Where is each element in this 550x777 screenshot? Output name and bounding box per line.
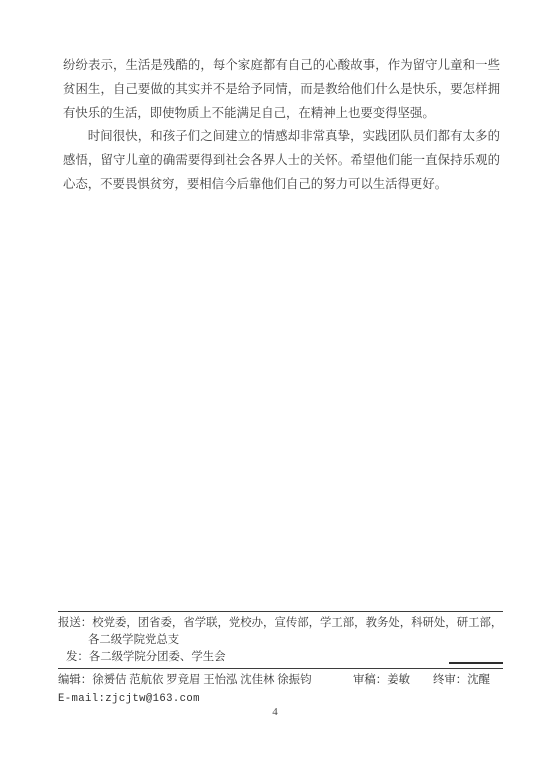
reviewer-group: 审稿：姜敏 (353, 672, 410, 689)
document-page: 纷纷表示，生活是残酷的，每个家庭都有自己的心酸故事，作为留守儿童和一些贫困生，自… (0, 0, 550, 777)
report-to-label: 报送： (58, 617, 92, 629)
paragraph: 纷纷表示，生活是残酷的，每个家庭都有自己的心酸故事，作为留守儿童和一些贫困生，自… (63, 54, 500, 125)
final-reviewer-name: 沈醒 (467, 674, 490, 686)
reviewer-label: 审稿： (353, 674, 387, 686)
send-to-list: 各二级学院分团委、学生会 (89, 651, 226, 663)
separator-stub-mark (449, 662, 503, 664)
footer-separator-rule (58, 668, 503, 669)
editors-names: 徐赟佶 范航依 罗竞眉 王怡泓 沈佳林 徐振钧 (92, 674, 311, 686)
footer-top-rule (58, 611, 503, 612)
report-to-list: 校党委，团省委，省学联，党校办，宣传部，学工部，教务处，科研处，研工部， (92, 617, 502, 629)
report-to-continuation: 各二级学院党总支 (88, 632, 503, 649)
editors-row: 编辑：徐赟佶 范航依 罗竞眉 王怡泓 沈佳林 徐振钧 审稿：姜敏 终审：沈醒 (58, 672, 503, 689)
paragraph: 时间很快，和孩子们之间建立的情感却非常真挚，实践团队员们都有太多的感悟，留守儿童… (63, 125, 500, 196)
reviewer-name: 姜敏 (387, 674, 410, 686)
send-to-label: 发： (66, 651, 89, 663)
final-reviewer-label: 终审： (433, 674, 467, 686)
editors-label: 编辑： (58, 674, 92, 686)
document-footer: 报送：校党委，团省委，省学联，党校办，宣传部，学工部，教务处，科研处，研工部， … (58, 611, 503, 708)
page-number: 4 (0, 706, 550, 718)
body-text: 纷纷表示，生活是残酷的，每个家庭都有自己的心酸故事，作为留守儿童和一些贫困生，自… (63, 54, 500, 197)
report-to-row: 报送：校党委，团省委，省学联，党校办，宣传部，学工部，教务处，科研处，研工部， (58, 615, 503, 632)
final-reviewer-group: 终审：沈醒 (433, 672, 490, 689)
send-to-row: 发：各二级学院分团委、学生会 (66, 649, 503, 666)
